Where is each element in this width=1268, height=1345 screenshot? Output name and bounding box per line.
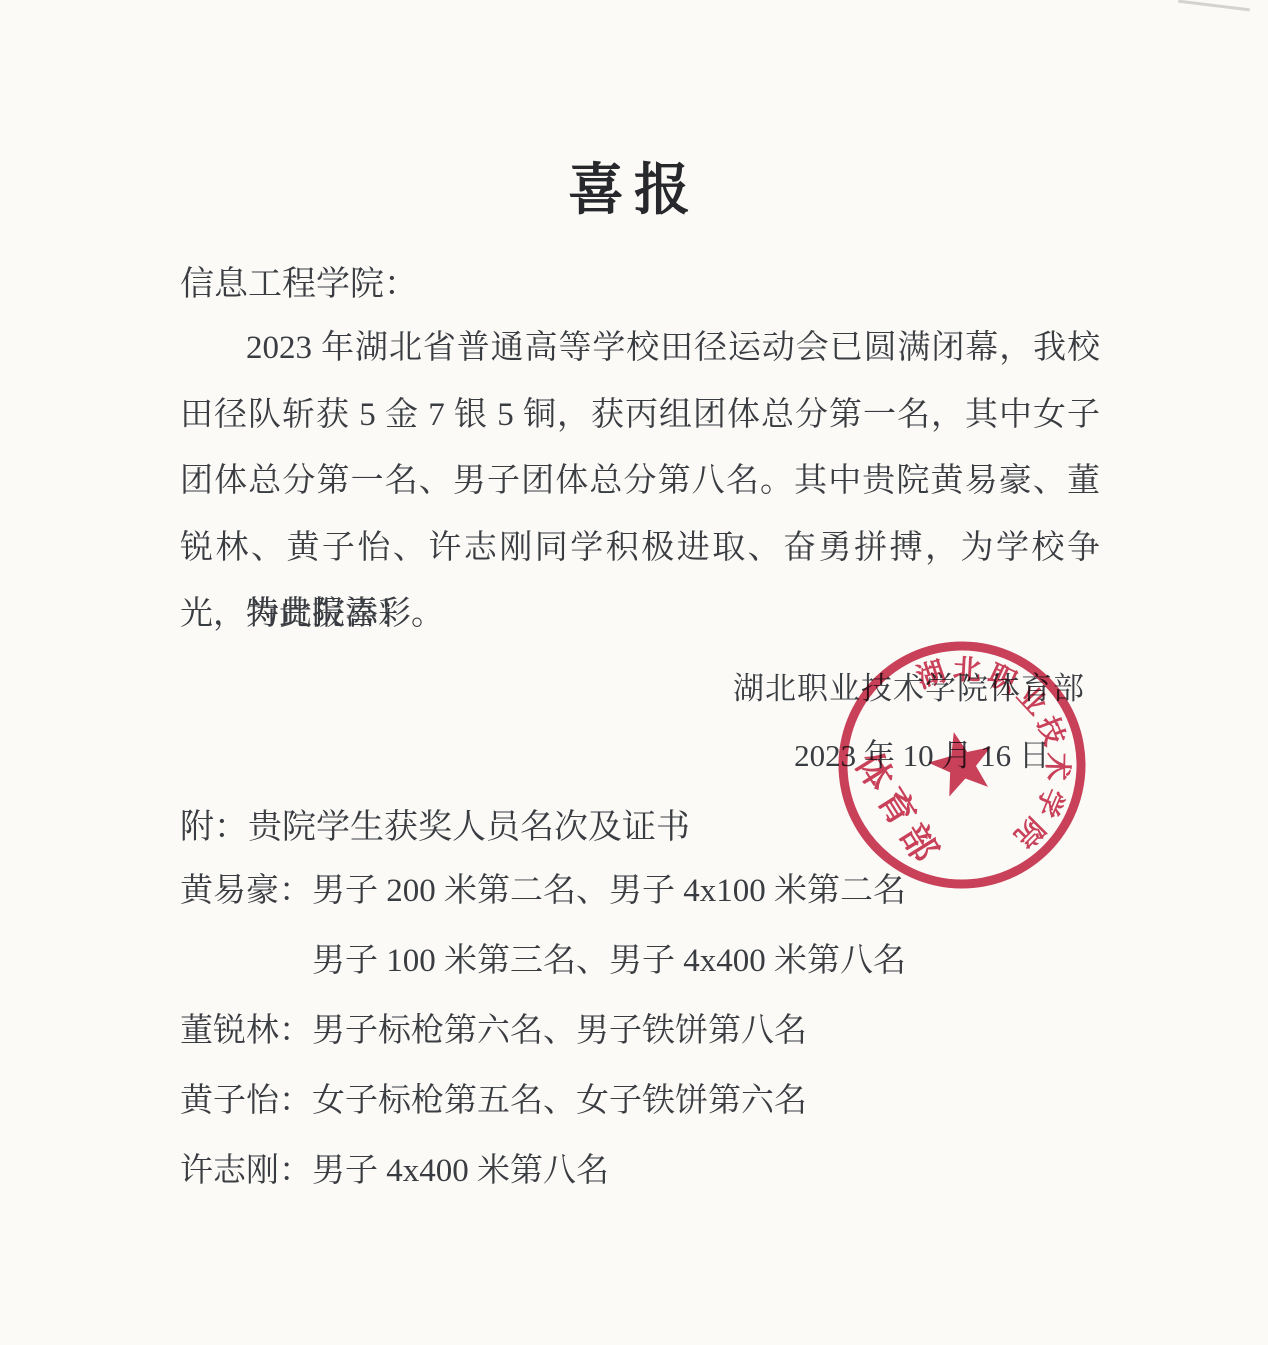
award-row: 董锐林：男子标枪第六名、男子铁饼第八名 bbox=[180, 998, 807, 1064]
salutation: 信息工程学院： bbox=[180, 256, 418, 305]
award-athlete-name: 黄子怡： bbox=[180, 1068, 312, 1134]
svg-text:技: 技 bbox=[1031, 712, 1071, 750]
award-athlete-name: 黄易豪： bbox=[180, 858, 312, 924]
award-athlete-name: 许志刚： bbox=[180, 1138, 312, 1204]
award-result: 男子 4x400 米第八名 bbox=[312, 1153, 609, 1189]
scan-edge-artifact bbox=[1178, 0, 1250, 11]
svg-text:术: 术 bbox=[1041, 751, 1074, 781]
award-row: 男子 100 米第三名、男子 4x400 米第八名 bbox=[312, 928, 906, 994]
attachment-heading: 附：贵院学生获奖人员名次及证书 bbox=[180, 795, 690, 861]
seal-bottom-text: 体育部 bbox=[848, 746, 949, 874]
svg-text:职: 职 bbox=[983, 658, 1023, 699]
official-seal: 湖 北 职 业 技 术 学 院 体育部 bbox=[807, 610, 1117, 920]
award-row: 许志刚：男子 4x400 米第八名 bbox=[180, 1138, 609, 1204]
award-result: 女子标枪第五名、女子铁饼第六名 bbox=[312, 1083, 807, 1119]
award-row: 黄易豪：男子 200 米第二名、男子 4x100 米第二名 bbox=[180, 858, 906, 924]
award-athlete-name: 董锐林： bbox=[180, 998, 312, 1064]
svg-text:北: 北 bbox=[952, 654, 982, 686]
award-result: 男子 100 米第三名、男子 4x400 米第八名 bbox=[312, 943, 906, 979]
star-icon bbox=[922, 720, 1008, 807]
award-result: 男子标枪第六名、男子铁饼第八名 bbox=[312, 1013, 807, 1049]
svg-text:湖: 湖 bbox=[913, 655, 950, 694]
document-title: 喜报 bbox=[0, 146, 1268, 226]
scanned-document-page: 喜报 信息工程学院： 2023 年湖北省普通高等学校田径运动会已圆满闭幕，我校田… bbox=[0, 0, 1268, 1345]
svg-text:学: 学 bbox=[1029, 783, 1069, 821]
award-row: 黄子怡：女子标枪第五名、女子铁饼第六名 bbox=[180, 1068, 807, 1134]
